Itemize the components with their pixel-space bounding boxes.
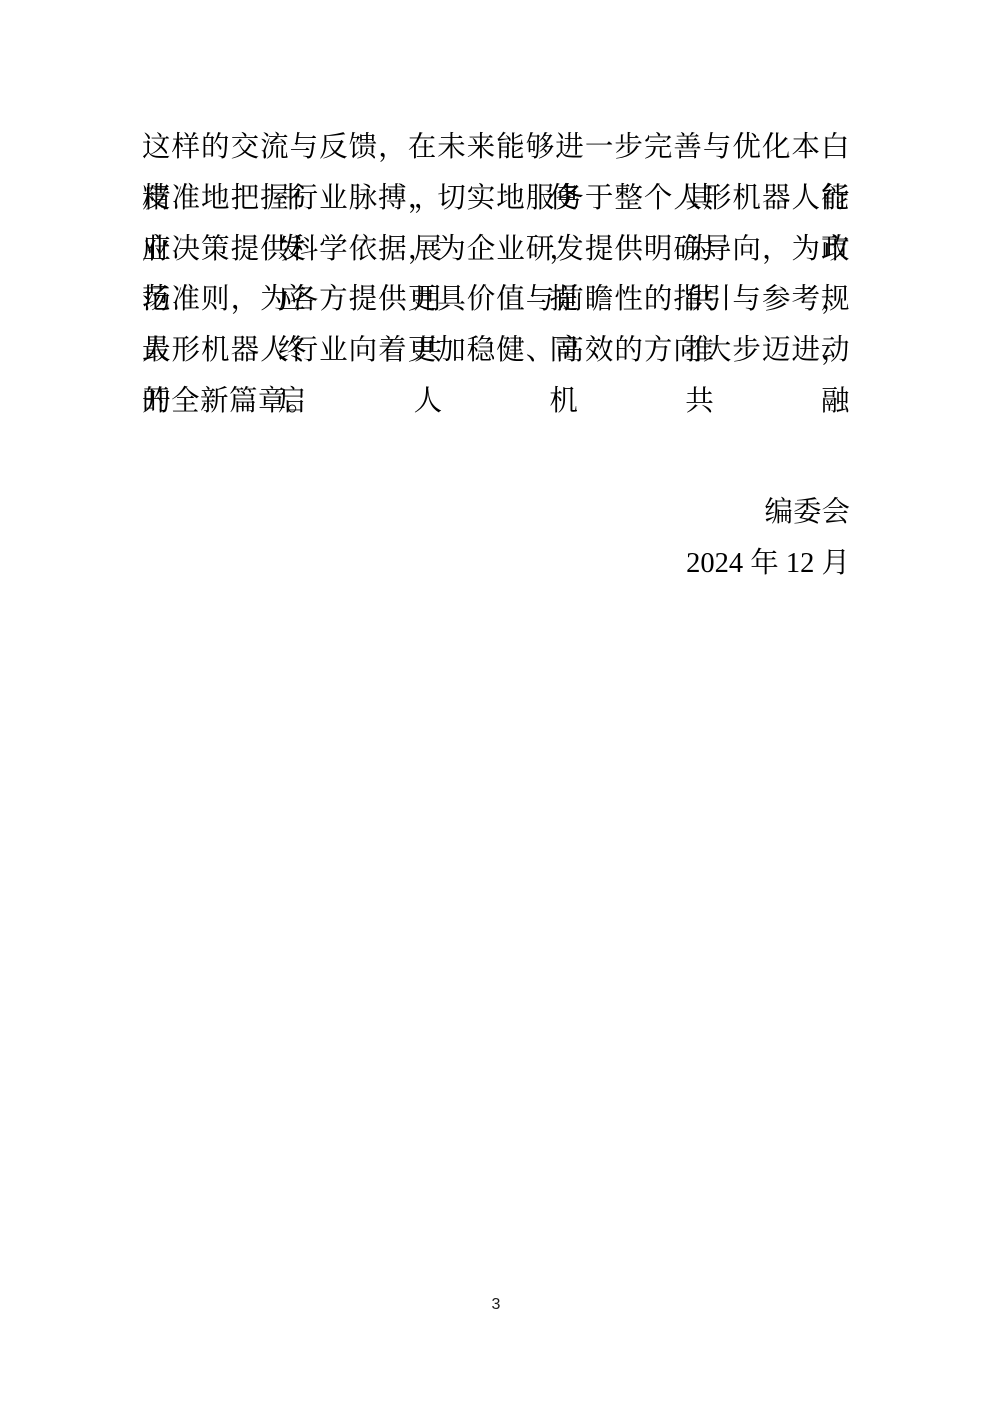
signature-date: 2024 年 12 月: [142, 539, 850, 590]
paragraph-line: 范准则，为各方提供更具价值与前瞻性的指引与参考，最终共同推动: [142, 275, 850, 326]
body-paragraph: 这样的交流与反馈，在未来能够进一步完善与优化本白皮书，使其能 精准地把握行业脉搏…: [142, 123, 850, 428]
signature: 编委会: [142, 488, 850, 539]
signature-block: 编委会 2024 年 12 月: [142, 488, 850, 590]
paragraph-line: 人形机器人行业向着更加稳健、高效的方向大步迈进，开启人机共融: [142, 326, 850, 377]
paragraph-line: 这样的交流与反馈，在未来能够进一步完善与优化本白皮书，使其能: [142, 123, 850, 174]
paragraph-line: 府决策提供科学依据，为企业研发提供明确导向，为市场应用提供规: [142, 225, 850, 276]
document-page: 这样的交流与反馈，在未来能够进一步完善与优化本白皮书，使其能 精准地把握行业脉搏…: [0, 0, 992, 1403]
page-number: 3: [0, 1294, 992, 1316]
paragraph-line: 精准地把握行业脉搏，切实地服务于整个人形机器人行业发展，为政: [142, 174, 850, 225]
